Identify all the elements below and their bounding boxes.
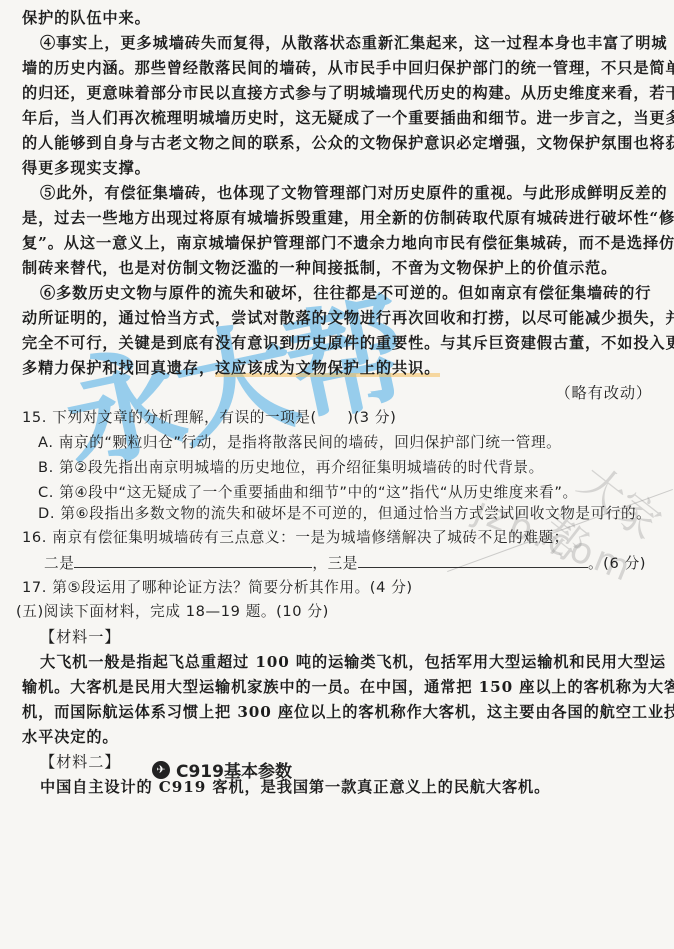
passage-p5-line: 是，过去一些地方出现过将原有城墙拆毁重建，用全新的仿制砖取代原有城砖进行破坏性“…: [22, 208, 652, 228]
material1-line: 大飞机一般是指起飞总重超过 100 吨的运输类飞机，包括军用大型运输机和民用大型…: [40, 652, 640, 672]
passage-p6-line: 完全不可行，关键是到底有没有意识到历史原件的重要性。与其斥巨资建假古董，不如投入…: [22, 333, 652, 353]
q15-option-b: B. 第②段先指出南京明城墙的历史地位，再介绍征集明城墙砖的时代背景。: [38, 458, 668, 478]
q15-stem: 15. 下列对文章的分析理解，有误的一项是( )(3 分): [22, 408, 652, 428]
section5-stem: (五)阅读下面材料，完成 18—19 题。(10 分): [16, 602, 646, 622]
q16-blank-second[interactable]: [74, 553, 312, 568]
passage-p6-line-last: 多精力保护和找回真遗存，这应该成为文物保护上的共识。: [22, 358, 652, 378]
passage-p5-line: 复”。从这一意义上，南京城墙保护管理部门不遗余力地向市民有偿征集城砖，而不是选择…: [22, 233, 652, 253]
airplane-icon: ✈: [152, 761, 170, 779]
figure-title: ✈ C919基本参数: [152, 757, 292, 782]
q16-third-label: ，三是: [312, 555, 358, 572]
passage-p4-line: 得更多现实支撑。: [22, 158, 652, 178]
q16-answer-line: 二是，三是。(6 分): [44, 553, 674, 574]
q15-option-a: A. 南京的“颗粒归仓”行动，是指将散落民间的墙砖，回归保护部门统一管理。: [38, 433, 668, 453]
passage-p3-tail: 保护的队伍中来。: [22, 8, 652, 28]
material1-title: 【材料一】: [40, 627, 670, 647]
q16-blank-third[interactable]: [358, 553, 588, 568]
material1-line: 机，而国际航运体系习惯上把 300 座位以上的客机称作大客机，这主要由各国的航空…: [22, 702, 652, 722]
q15-option-c: C. 第④段中“这无疑成了一个重要插曲和细节”中的“这”指代“从历史维度来看”。: [38, 483, 668, 503]
passage-note: （略有改动）: [555, 383, 652, 403]
material2-line: 中国自主设计的 C919 客机，是我国第一款真正意义上的民航大客机。: [40, 777, 640, 797]
material1-line: 水平决定的。: [22, 727, 652, 747]
material2-title: 【材料二】: [40, 752, 670, 772]
passage-p6-part-a: 多精力保护和找回真遗存，: [22, 359, 215, 377]
passage-p5-line: 制砖来替代，也是对仿制文物泛滥的一种间接抵制，不啻为文物保护上的价值示范。: [22, 258, 652, 278]
passage-p4-line: ④事实上，更多城墙砖失而复得，从散落状态重新汇集起来，这一过程本身也丰富了明城: [40, 33, 640, 53]
passage-p4-line: 的归还，更意味着部分市民以直接方式参与了明城墙现代历史的构建。从历史维度来看，若…: [22, 83, 652, 103]
q16-stem: 16. 南京有偿征集明城墙砖有三点意义：一是为城墙修缮解决了城砖不足的难题；: [22, 528, 652, 548]
passage-p4-line: 的人能够到自身与古老文物之间的联系，公众的文物保护意识必定增强，文物保护氛围也将…: [22, 133, 652, 153]
exam-page: 永大帮 大家帮 jzb.com 保护的队伍中来。 ④事实上，更多城墙砖失而复得，…: [0, 0, 674, 949]
passage-p6-line: 动所证明的，通过恰当方式，尝试对散落的文物进行再次回收和打捞，以尽可能减少损失，…: [22, 308, 652, 328]
passage-p5-line: ⑤此外，有偿征集墙砖，也体现了文物管理部门对历史原件的重视。与此形成鲜明反差的: [40, 183, 640, 203]
q16-second-label: 二是: [44, 555, 74, 572]
figure-title-text: C919基本参数: [176, 757, 292, 782]
passage-p6-line: ⑥多数历史文物与原件的流失和破坏，往往都是不可逆的。但如南京有偿征集墙砖的行: [40, 283, 640, 303]
material1-line: 输机。大客机是民用大型运输机家族中的一员。在中国，通常把 150 座以上的客机称…: [22, 677, 652, 697]
passage-p4-line: 墙的历史内涵。那些曾经散落民间的墙砖，从市民手中回归保护部门的统一管理，不只是简…: [22, 58, 652, 78]
q16-end: 。(6 分): [588, 555, 646, 572]
q15-option-d: D. 第⑥段指出多数文物的流失和破坏是不可逆的，但通过恰当方式尝试回收文物是可行…: [38, 504, 668, 524]
q17-stem: 17. 第⑤段运用了哪种论证方法？简要分析其作用。(4 分): [22, 578, 652, 598]
passage-p6-part-b: 这应该成为文物保护上的共识。: [215, 359, 440, 377]
passage-p4-line: 年后，当人们再次梳理明城墙历史时，这无疑成了一个重要插曲和细节。进一步言之，当更…: [22, 108, 652, 128]
